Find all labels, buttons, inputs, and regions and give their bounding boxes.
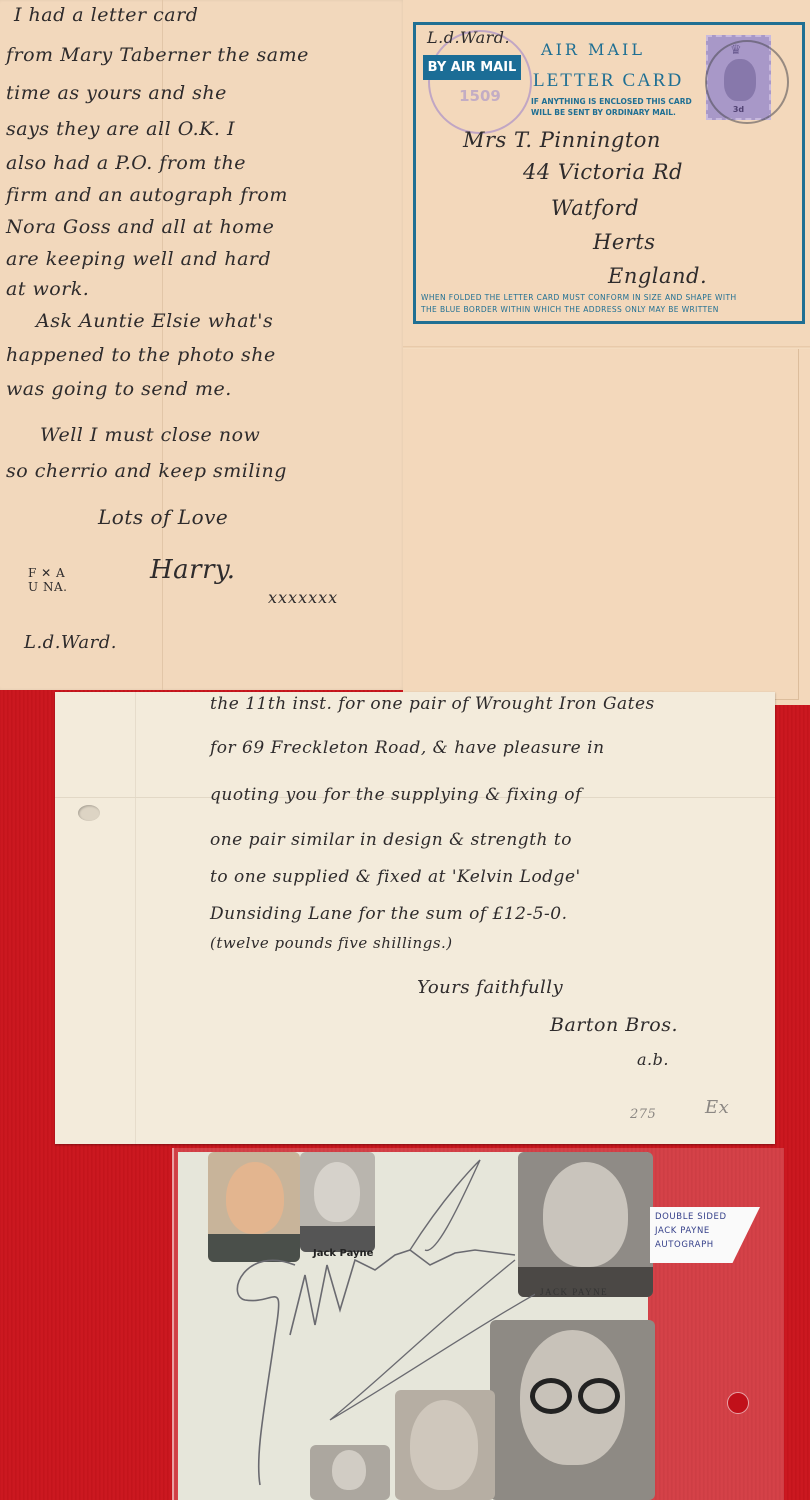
biz-line: Dunsiding Lane for the sum of £12-5-0. bbox=[210, 904, 567, 924]
business-letter: the 11th inst. for one pair of Wrought I… bbox=[55, 692, 775, 1144]
letter-line: happened to the photo she bbox=[6, 344, 276, 366]
letter-line: Well I must close now bbox=[40, 424, 260, 446]
letter-line: Ask Auntie Elsie what's bbox=[36, 310, 273, 332]
letter-line: also had a P.O. from the bbox=[6, 152, 246, 174]
letter-line: I had a letter card bbox=[14, 4, 198, 26]
censor-signature: L.d.Ward. bbox=[427, 28, 510, 47]
biz-initials: a.b. bbox=[637, 1050, 669, 1069]
letter-kisses: xxxxxxx bbox=[268, 588, 338, 607]
biz-line: quoting you for the supplying & fixing o… bbox=[210, 785, 582, 805]
letter-closing: Lots of Love bbox=[98, 505, 228, 529]
air-mail-letter-card: 1509 L.d.Ward. BY AIR MAIL AIR MAIL LETT… bbox=[403, 0, 810, 705]
letter-line: are keeping well and hard bbox=[6, 248, 271, 270]
letter-line: says they are all O.K. I bbox=[6, 118, 235, 140]
address-line: Herts bbox=[593, 230, 656, 254]
corner-mark: F ✕ A U NA. bbox=[28, 566, 67, 594]
address-line: Watford bbox=[551, 196, 639, 220]
photo-portrait-large bbox=[518, 1152, 653, 1297]
address-line: 44 Victoria Rd bbox=[523, 160, 683, 184]
censor-signature: L.d.Ward. bbox=[24, 632, 117, 653]
letter-line: time as yours and she bbox=[6, 82, 227, 104]
address-line: Mrs T. Pinnington bbox=[463, 128, 661, 152]
enclosed-notice: IF ANYTHING IS ENCLOSED THIS CARD WILL B… bbox=[531, 96, 692, 118]
letter-line: Nora Goss and all at home bbox=[6, 216, 274, 238]
biz-line: the 11th inst. for one pair of Wrought I… bbox=[210, 694, 655, 714]
letter-card-title: LETTER CARD bbox=[533, 70, 683, 92]
punch-hole bbox=[78, 805, 100, 821]
air-mail-title: AIR MAIL bbox=[508, 40, 678, 59]
postmark-circle bbox=[705, 40, 789, 124]
letter-line: from Mary Taberner the same bbox=[6, 44, 309, 66]
fold-notice: WHEN FOLDED THE LETTER CARD MUST CONFORM… bbox=[421, 292, 737, 316]
jack-payne-autograph bbox=[215, 1155, 535, 1495]
letter-line: was going to send me. bbox=[6, 378, 232, 400]
pencil-note: Ex bbox=[705, 1097, 729, 1118]
biz-closing: Yours faithfully bbox=[417, 977, 563, 998]
sleeve-punch-hole bbox=[727, 1392, 749, 1414]
pencil-note: 275 bbox=[630, 1107, 656, 1122]
by-air-mail-label: BY AIR MAIL bbox=[423, 55, 521, 80]
handwritten-letter: I had a letter card from Mary Taberner t… bbox=[0, 0, 405, 690]
fold-line bbox=[135, 692, 136, 1144]
address-line: England. bbox=[608, 264, 707, 288]
letter-signature: Harry. bbox=[150, 555, 236, 585]
letter-line: at work. bbox=[6, 278, 89, 300]
caption-jack-payne-serif: JACK PAYNE bbox=[540, 1287, 608, 1297]
biz-line: one pair similar in design & strength to bbox=[210, 830, 572, 850]
biz-line: for 69 Freckleton Road, & have pleasure … bbox=[210, 738, 605, 758]
biz-line: to one supplied & fixed at 'Kelvin Lodge… bbox=[210, 867, 581, 887]
card-flap bbox=[403, 349, 799, 700]
biz-signature: Barton Bros. bbox=[550, 1014, 678, 1036]
letter-line: so cherrio and keep smiling bbox=[6, 460, 287, 482]
letter-line: firm and an autograph from bbox=[6, 184, 288, 206]
biz-line: (twelve pounds five shillings.) bbox=[210, 934, 453, 952]
